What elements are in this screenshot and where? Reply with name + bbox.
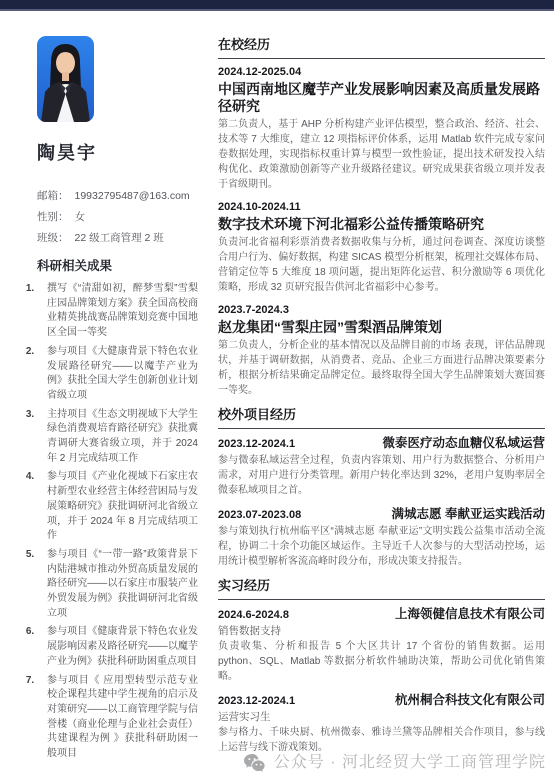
entry-title: 数字技术环境下河北福彩公益传播策略研究 (218, 216, 545, 233)
contact-info: 邮箱： 19932795487@163.com 性别： 女 班级： 22 级工商… (37, 186, 198, 249)
top-accent-bar (0, 0, 554, 9)
entry-date: 2024.12-2025.04 (218, 66, 545, 79)
resume-page: 陶昊宇 邮箱： 19932795487@163.com 性别： 女 班级： 22… (0, 0, 554, 783)
entry-date: 2023.12-2024.1 (218, 695, 295, 708)
entry-date: 2023.12-2024.1 (218, 438, 295, 451)
research-item-text: 参与项目《健康背景下特色农业发展影响因素及路径研究——以魔芋产业为例》获批科研助… (47, 626, 198, 666)
email-value: 19932795487@163.com (75, 186, 199, 207)
entry-role: 运营实习生 (218, 710, 545, 724)
research-item: 参与项目《产业化视域下石家庄农村新型农业经营主体经营困局与发展策略研究》获批调研… (37, 470, 198, 544)
research-item-text: 参与项目《 应用型转型示范专业校企课程共建中学生视角的启示及对策研究——以工商管… (47, 675, 198, 760)
section-title-internship: 实习经历 (218, 578, 545, 594)
research-achievements-title: 科研相关成果 (37, 257, 198, 275)
project-entry: 2023.12-2024.1 微泰医疗动态血糖仪私域运营 参与微泰私域运营全过程… (218, 436, 545, 498)
entry-date: 2024.10-2024.11 (218, 201, 545, 214)
resume-columns: 陶昊宇 邮箱： 19932795487@163.com 性别： 女 班级： 22… (0, 11, 554, 766)
research-item-text: 撰写《“清甜如初，醉梦雪梨”雪梨庄园品牌策划方案》获全国高校商业精英挑战赛品牌策… (47, 283, 198, 338)
entry-date: 2024.6-2024.8 (218, 609, 289, 622)
internship-entry: 2023.12-2024.1 杭州桐合科技文化有限公司 运营实习生 参与格力、千… (218, 693, 545, 755)
contact-row-gender: 性别： 女 (37, 207, 198, 228)
entry-description: 第二负责人，基于 AHP 分析构建产业评估模型，整合政治、经济、社会、技术等 7… (218, 117, 545, 192)
campus-entry: 2023.7-2024.3 赵龙集团“雪梨庄园”雪梨酒品牌策划 第二负责人，分析… (218, 304, 545, 398)
entry-header: 2023.12-2024.1 杭州桐合科技文化有限公司 (218, 693, 545, 708)
email-label: 邮箱： (37, 186, 69, 207)
research-achievements-list: 撰写《“清甜如初，醉梦雪梨”雪梨庄园品牌策划方案》获全国高校商业精英挑战赛品牌策… (37, 282, 198, 762)
entry-organization: 上海领健信息技术有限公司 (395, 607, 545, 622)
entry-date: 2023.7-2024.3 (218, 304, 545, 317)
section-divider (218, 428, 545, 429)
entry-description: 第二负责人，分析企业的基本情况以及品牌目前的市场 表现，评估品牌现状，并基于调研… (218, 338, 545, 398)
section-title-projects: 校外项目经历 (218, 407, 545, 423)
entry-organization: 微泰医疗动态血糖仪私域运营 (382, 436, 545, 451)
research-item: 参与项目《“一带一路”政策背景下内陆港城市推动外贸高质量发展的路径研究——以石家… (37, 548, 198, 622)
sidebar: 陶昊宇 邮箱： 19932795487@163.com 性别： 女 班级： 22… (0, 11, 218, 766)
entry-description: 负责河北省福利彩票消费者数据收集与分析，通过问卷调查、深度访谈整合用户行为、偏好… (218, 235, 545, 295)
entry-description: 负责收集、分析和报告 5 个大区共计 17 个省份的销售数据。运用 python… (218, 639, 545, 684)
research-item: 参与项目《健康背景下特色农业发展影响因素及路径研究——以魔芋产业为例》获批科研助… (37, 625, 198, 669)
wechat-icon (243, 753, 267, 773)
entry-role: 销售数据支持 (218, 624, 545, 638)
section-internship: 实习经历 2024.6-2024.8 上海领健信息技术有限公司 销售数据支持 负… (218, 578, 545, 755)
entry-title: 赵龙集团“雪梨庄园”雪梨酒品牌策划 (218, 319, 545, 336)
profile-photo (37, 36, 94, 122)
section-divider (218, 58, 545, 59)
class-label: 班级： (37, 228, 69, 249)
main-content: 在校经历 2024.12-2025.04 中国西南地区魔芋产业发展影响因素及高质… (218, 11, 554, 766)
entry-header: 2024.6-2024.8 上海领健信息技术有限公司 (218, 607, 545, 622)
gender-label: 性别： (37, 207, 69, 228)
project-entry: 2023.07-2023.08 满城志愿 奉献亚运实践活动 参与策划执行杭州临平… (218, 507, 545, 569)
research-item-text: 参与项目《产业化视域下石家庄农村新型农业经营主体经营困局与发展策略研究》获批调研… (47, 471, 198, 541)
research-item: 主持项目《生态文明视域下大学生绿色消费观培育路径研究》获批冀青调研大赛省级立项，… (37, 408, 198, 467)
entry-organization: 满城志愿 奉献亚运实践活动 (392, 507, 545, 522)
entry-date: 2023.07-2023.08 (218, 509, 301, 522)
class-value: 22 级工商管理 2 班 (75, 228, 199, 249)
gender-value: 女 (75, 207, 199, 228)
research-item: 参与项目《大健康背景下特色农业发展路径研究——以魔芋产业为例》获批全国大学生创新… (37, 345, 198, 404)
entry-title: 中国西南地区魔芋产业发展影响因素及高质量发展路径研究 (218, 81, 545, 115)
candidate-name: 陶昊宇 (37, 143, 198, 163)
section-divider (218, 599, 545, 600)
research-item: 参与项目《 应用型转型示范专业校企课程共建中学生视角的启示及对策研究——以工商管… (37, 674, 198, 762)
research-item: 撰写《“清甜如初，醉梦雪梨”雪梨庄园品牌策划方案》获全国高校商业精英挑战赛品牌策… (37, 282, 198, 341)
research-item-text: 参与项目《大健康背景下特色农业发展路径研究——以魔芋产业为例》获批全国大学生创新… (47, 346, 198, 401)
entry-header: 2023.12-2024.1 微泰医疗动态血糖仪私域运营 (218, 436, 545, 451)
footer-wechat-banner: 公众号 · 河北经贸大学工商管理学院 (243, 753, 546, 773)
entry-description: 参与格力、千味央厨、杭州微泰、雅诗兰黛等品牌相关合作项目，参与线上运营与线下游戏… (218, 725, 545, 755)
internship-entry: 2024.6-2024.8 上海领健信息技术有限公司 销售数据支持 负责收集、分… (218, 607, 545, 684)
section-title-campus: 在校经历 (218, 37, 545, 53)
campus-entry: 2024.10-2024.11 数字技术环境下河北福彩公益传播策略研究 负责河北… (218, 201, 545, 295)
research-item-text: 参与项目《“一带一路”政策背景下内陆港城市推动外贸高质量发展的路径研究——以石家… (47, 549, 198, 619)
contact-row-email: 邮箱： 19932795487@163.com (37, 186, 198, 207)
footer-wechat-label: 公众号 · 河北经贸大学工商管理学院 (274, 753, 546, 773)
entry-header: 2023.07-2023.08 满城志愿 奉献亚运实践活动 (218, 507, 545, 522)
entry-description: 参与微泰私域运营全过程，负责内容策划、用户行为数据整合、分析用户需求，对用户进行… (218, 453, 545, 498)
section-external-projects: 校外项目经历 2023.12-2024.1 微泰医疗动态血糖仪私域运营 参与微泰… (218, 407, 545, 569)
entry-description: 参与策划执行杭州临平区“满城志愿 奉献亚运”文明实践公益集市活动全流程，协调二十… (218, 524, 545, 569)
research-item-text: 主持项目《生态文明视域下大学生绿色消费观培育路径研究》获批冀青调研大赛省级立项，… (47, 409, 198, 464)
campus-entry: 2024.12-2025.04 中国西南地区魔芋产业发展影响因素及高质量发展路径… (218, 66, 545, 192)
id-photo-illustration (37, 36, 94, 122)
contact-row-class: 班级： 22 级工商管理 2 班 (37, 228, 198, 249)
entry-organization: 杭州桐合科技文化有限公司 (395, 693, 545, 708)
section-campus-experience: 在校经历 2024.12-2025.04 中国西南地区魔芋产业发展影响因素及高质… (218, 37, 545, 398)
